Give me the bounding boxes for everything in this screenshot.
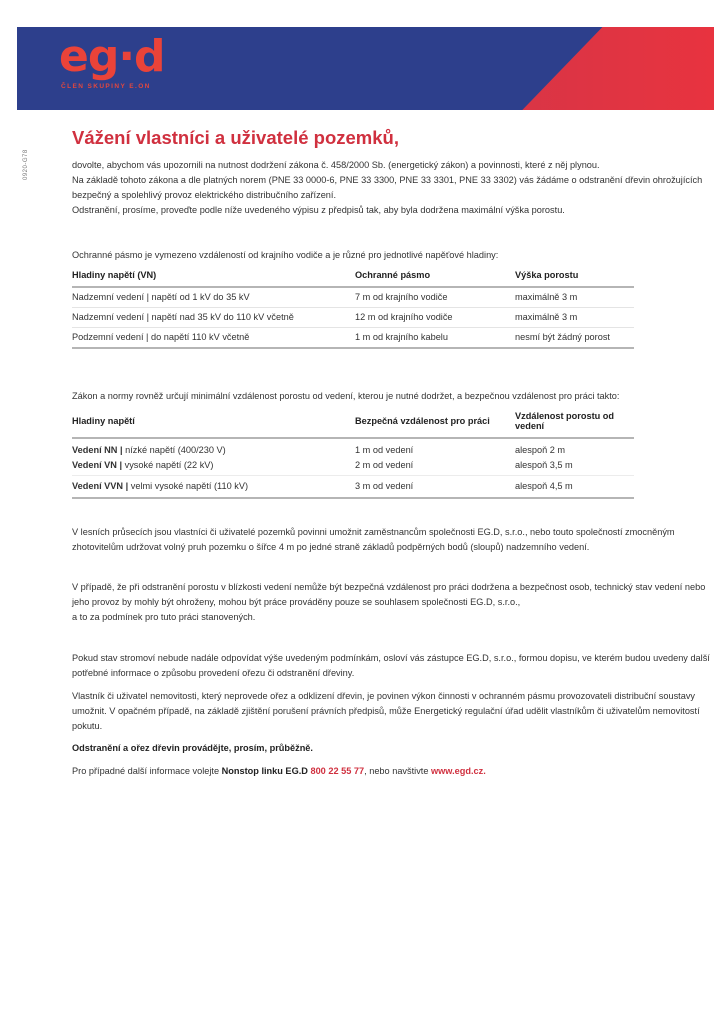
intro-line-1: dovolte, abychom vás upozornili na nutno… [72, 158, 712, 173]
voltage-label: Vedení VVN | [72, 481, 128, 491]
contact-middle: , nebo navštivte [364, 766, 431, 776]
cell-work-distance: 2 m od vedení [355, 458, 515, 476]
logo-subtitle: ČLEN SKUPINY E.ON [61, 83, 151, 90]
table1-header-height: Výška porostu [515, 266, 634, 287]
table1-caption: Ochranné pásmo je vymezeno vzdáleností o… [72, 248, 712, 263]
cell-work-distance: 1 m od vedení [355, 438, 515, 458]
cell-growth-distance: alespoň 4,5 m [515, 476, 634, 499]
page-title: Vážení vlastníci a uživatelé pozemků, [72, 127, 399, 149]
cell-work-distance: 3 m od vedení [355, 476, 515, 499]
paragraph-forest-strip: V lesních průsecích jsou vlastníci či už… [72, 525, 712, 555]
table-row: Nadzemní vedení | napětí nad 35 kV do 11… [72, 308, 634, 328]
table2-header-growth-distance: Vzdálenost porostu od vedení [515, 407, 634, 438]
table1-header-voltage: Hladiny napětí (VN) [72, 266, 355, 287]
cell-zone: 1 m od krajního kabelu [355, 328, 515, 349]
contact-prefix: Pro případné další informace volejte [72, 766, 222, 776]
website-link[interactable]: www.egd.cz. [431, 766, 486, 776]
paragraph-letter: Pokud stav stromoví nebude nadále odpoví… [72, 651, 712, 681]
cell-height: maximálně 3 m [515, 308, 634, 328]
paragraph-penalty: Vlastník či uživatel nemovitosti, který … [72, 689, 712, 734]
paragraph-request: Odstranění a ořez dřevin provádějte, pro… [72, 741, 712, 756]
table2-caption: Zákon a normy rovněž určují minimální vz… [72, 389, 712, 404]
cell-voltage: Nadzemní vedení | napětí nad 35 kV do 11… [72, 308, 355, 328]
hotline-label: Nonstop linku EG.D [222, 766, 308, 776]
voltage-label: Vedení NN | [72, 445, 123, 455]
hotline-phone[interactable]: 800 22 55 77 [308, 766, 364, 776]
cell-height: nesmí být žádný porost [515, 328, 634, 349]
voltage-label: Vedení VN | [72, 460, 122, 470]
table-row: Nadzemní vedení | napětí od 1 kV do 35 k… [72, 287, 634, 308]
table2-header-work-distance: Bezpečná vzdálenost pro práci [355, 407, 515, 438]
table-row: Podzemní vedení | do napětí 110 kV včetn… [72, 328, 634, 349]
intro-paragraph: dovolte, abychom vás upozornili na nutno… [72, 158, 712, 218]
safe-distance-table: Hladiny napětí Bezpečná vzdálenost pro p… [72, 407, 634, 499]
table-row: Vedení VVN | velmi vysoké napětí (110 kV… [72, 476, 634, 499]
paragraph-safety-b: a to za podmínek pro tuto práci stanoven… [72, 610, 712, 625]
cell-zone: 12 m od krajního vodiče [355, 308, 515, 328]
paragraph-contact: Pro případné další informace volejte Non… [72, 764, 712, 779]
header-banner: eg·d ČLEN SKUPINY E.ON [17, 27, 714, 110]
cell-voltage: Vedení VN | vysoké napětí (22 kV) [72, 458, 355, 476]
intro-line-2: Na základě tohoto zákona a dle platných … [72, 173, 712, 203]
cell-height: maximálně 3 m [515, 287, 634, 308]
cell-voltage: Vedení NN | nízké napětí (400/230 V) [72, 438, 355, 458]
table1-header-zone: Ochranné pásmo [355, 266, 515, 287]
egd-logo: eg·d [59, 31, 165, 83]
cell-growth-distance: alespoň 3,5 m [515, 458, 634, 476]
cell-voltage: Nadzemní vedení | napětí od 1 kV do 35 k… [72, 287, 355, 308]
voltage-desc: nízké napětí (400/230 V) [123, 445, 226, 455]
table-row: Vedení NN | nízké napětí (400/230 V) 1 m… [72, 438, 634, 458]
cell-growth-distance: alespoň 2 m [515, 438, 634, 458]
cell-zone: 7 m od krajního vodiče [355, 287, 515, 308]
voltage-desc: velmi vysoké napětí (110 kV) [128, 481, 248, 491]
paragraph-safety: V případě, že při odstranění porostu v b… [72, 580, 712, 625]
protection-zone-table: Hladiny napětí (VN) Ochranné pásmo Výška… [72, 266, 634, 349]
cell-voltage: Podzemní vedení | do napětí 110 kV včetn… [72, 328, 355, 349]
document-code: 0920-G78 [23, 149, 29, 180]
cell-voltage: Vedení VVN | velmi vysoké napětí (110 kV… [72, 476, 355, 499]
paragraph-safety-a: V případě, že při odstranění porostu v b… [72, 580, 712, 610]
voltage-desc: vysoké napětí (22 kV) [122, 460, 213, 470]
intro-line-3: Odstranění, prosíme, proveďte podle níže… [72, 203, 712, 218]
request-text: Odstranění a ořez dřevin provádějte, pro… [72, 743, 313, 753]
table2-header-voltage: Hladiny napětí [72, 407, 355, 438]
table-row: Vedení VN | vysoké napětí (22 kV) 2 m od… [72, 458, 634, 476]
